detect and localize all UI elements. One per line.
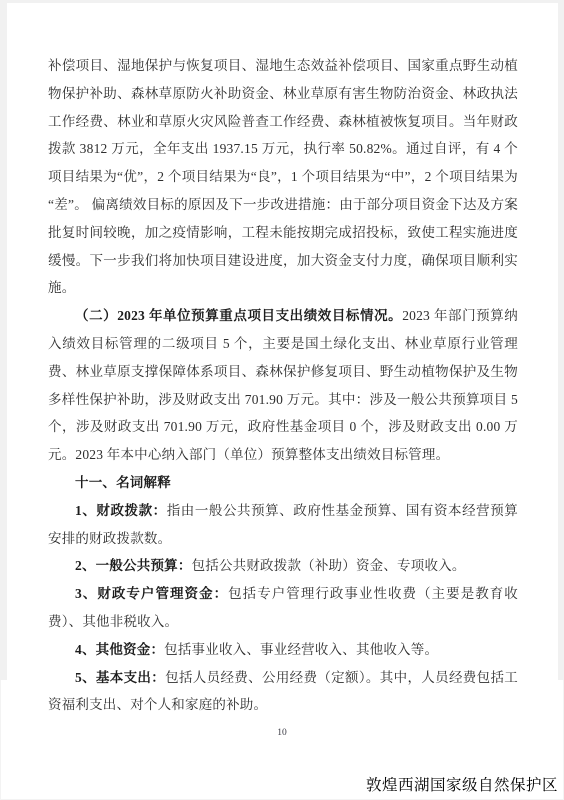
paragraph-project-performance: 补偿项目、湿地保护与恢复项目、湿地生态效益补偿项目、国家重点野生动植物保护补助、…: [48, 52, 518, 302]
glossary-definition: 包括事业收入、事业经营收入、其他收入等。: [164, 642, 438, 657]
page-edge-left: [0, 0, 7, 680]
section-heading-glossary: 十一、名词解释: [48, 469, 518, 497]
paragraph-lead-bold: （二）2023 年单位预算重点项目支出绩效目标情况。: [75, 308, 402, 323]
glossary-term: 1、财政拨款：: [75, 503, 167, 518]
glossary-item: 1、财政拨款：指由一般公共预算、政府性基金预算、国有资本经营预算安排的财政拨款数…: [48, 497, 518, 553]
page-number: 10: [0, 726, 564, 740]
glossary-item: 5、基本支出：包括人员经费、公用经费（定额）。其中，人员经费包括工资福利支出、对…: [48, 664, 518, 720]
glossary-term: 3、财政专户管理资金：: [75, 586, 228, 601]
page-edge-right: [558, 0, 564, 680]
glossary-term: 5、基本支出：: [75, 670, 165, 685]
glossary-definition: 包括公共财政拨款（补助）资金、专项收入。: [192, 558, 466, 573]
page-edge-top: [0, 0, 564, 3]
glossary-item: 2、一般公共预算：包括公共财政拨款（补助）资金、专项收入。: [48, 552, 518, 580]
reserve-name-label: 敦煌西湖国家级自然保护区: [366, 776, 558, 796]
paragraph-key-project-targets: （二）2023 年单位预算重点项目支出绩效目标情况。2023 年部门预算纳入绩效…: [48, 302, 518, 469]
glossary-term: 2、一般公共预算：: [75, 558, 192, 573]
paragraph-body-text: 2023 年部门预算纳入绩效目标管理的二级项目 5 个，主要是国土绿化支出、林业…: [48, 308, 518, 462]
glossary-item: 4、其他资金：包括事业收入、事业经营收入、其他收入等。: [48, 636, 518, 664]
document-body: 补偿项目、湿地保护与恢复项目、湿地生态效益补偿项目、国家重点野生动植物保护补助、…: [48, 52, 518, 719]
glossary-item: 3、财政专户管理资金：包括专户管理行政事业性收费（主要是教育收费）、其他非税收入…: [48, 580, 518, 636]
document-page: 补偿项目、湿地保护与恢复项目、湿地生态效益补偿项目、国家重点野生动植物保护补助、…: [0, 0, 564, 800]
glossary-term: 4、其他资金：: [75, 642, 164, 657]
